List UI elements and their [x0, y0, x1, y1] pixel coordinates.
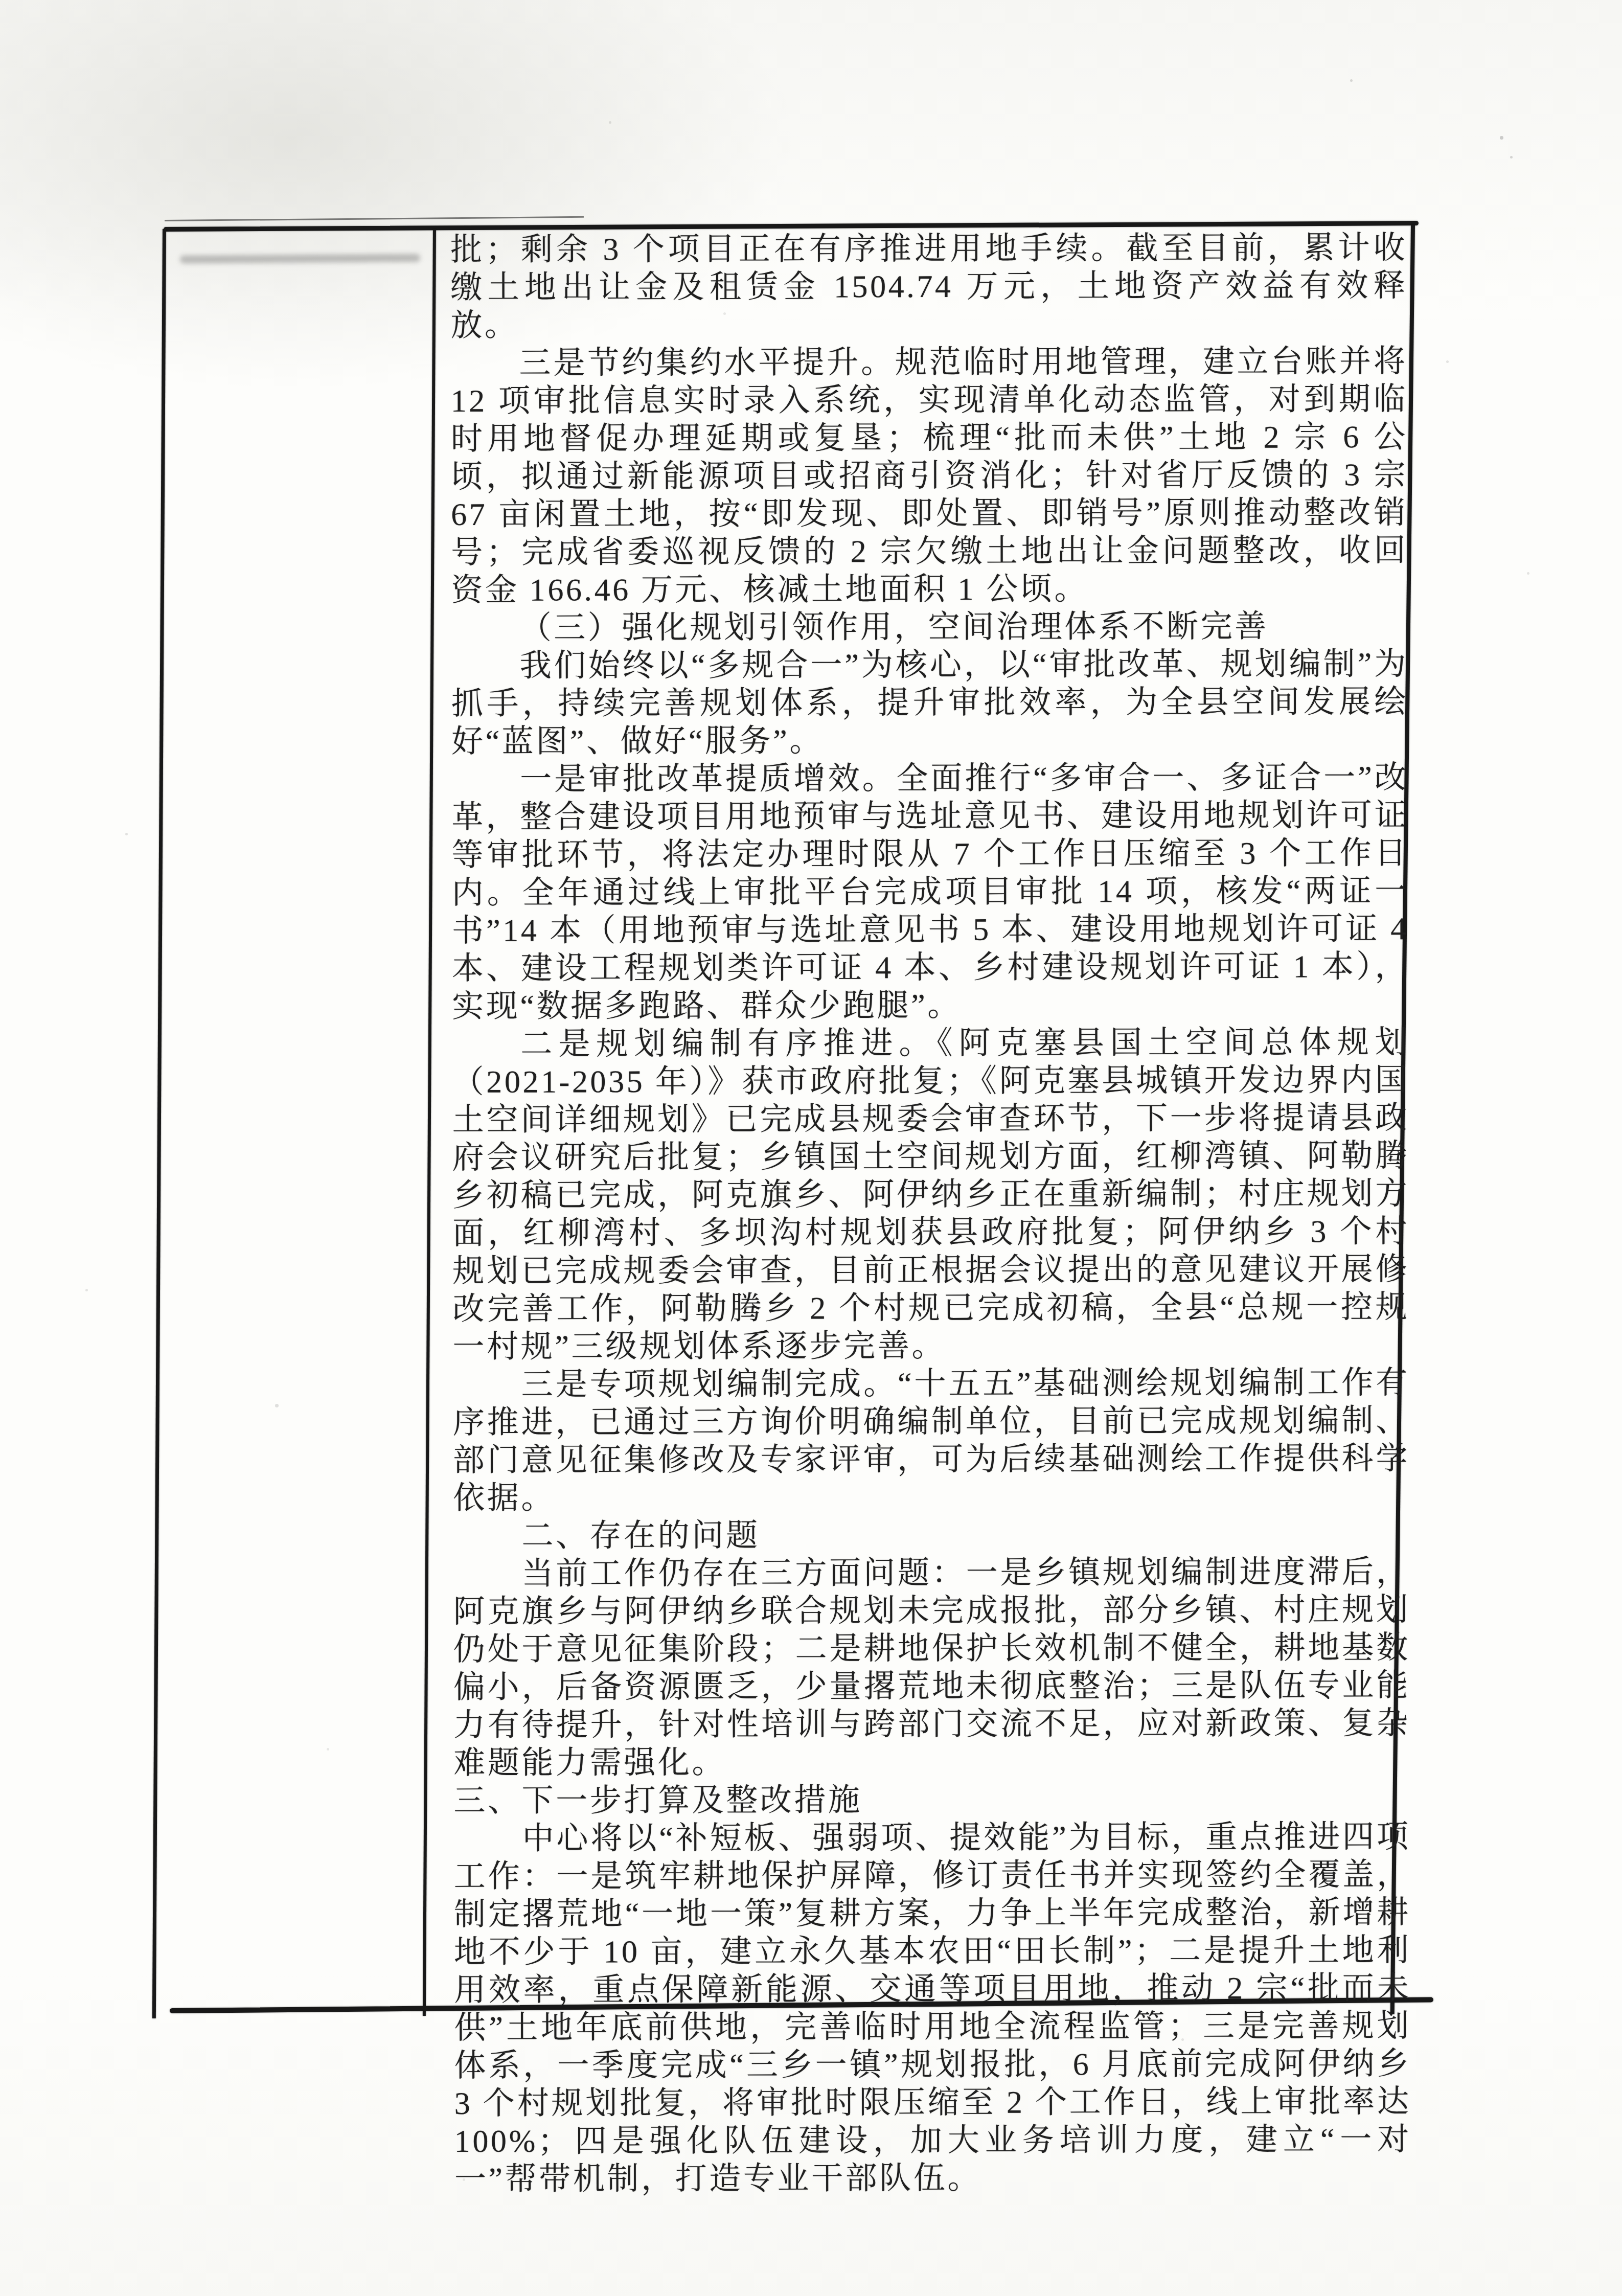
paragraph-6: 二是规划编制有序推进。《阿克塞县国土空间总体规划（2021-2035 年）》获市… — [452, 1024, 1409, 1366]
paragraph-7: 三是专项规划编制完成。“十五五”基础测绘规划编制工作有序推进，已通过三方询价明确… — [453, 1364, 1410, 1517]
scan-specks — [0, 0, 2, 2]
paragraph-9: 当前工作仍存在三方面问题：一是乡镇规划编制进度滞后，阿克旗乡与阿伊纳乡联合规划未… — [453, 1553, 1410, 1782]
report-body: 批；剩余 3 个项目正在有序推进用地手续。截至目前，累计收缴土地出让金及租赁金 … — [450, 229, 1411, 2198]
paragraph-10: 三、下一步打算及整改措施 — [453, 1780, 1410, 1820]
paragraph-5: 一是审批改革提质增效。全面推行“多审合一、多证合一”改革，整合建设项目用地预审与… — [451, 759, 1409, 1026]
label-column-cell — [167, 230, 432, 2004]
paragraph-11: 中心将以“补短板、强弱项、提效能”为目标，重点推进四项工作：一是筑牢耕地保护屏障… — [454, 1818, 1412, 2198]
paragraph-8: 二、存在的问题 — [453, 1515, 1410, 1555]
paragraph-2: 三是节约集约水平提升。规范临时用地管理，建立台账并将 12 项审批信息实时录入系… — [450, 343, 1408, 609]
paragraph-4: 我们始终以“多规合一”为核心，以“审批改革、规划编制”为抓手，持续完善规划体系，… — [451, 645, 1408, 761]
scanned-report-page: 批；剩余 3 个项目正在有序推进用地手续。截至目前，累计收缴土地出让金及租赁金 … — [0, 0, 1622, 2296]
table-border-left — [152, 229, 166, 2018]
paragraph-1: 批；剩余 3 个项目正在有序推进用地手续。截至目前，累计收缴土地出让金及租赁金 … — [450, 229, 1407, 345]
paragraph-3: （三）强化规划引领作用，空间治理体系不断完善 — [451, 607, 1408, 647]
table-border-top-echo — [165, 216, 584, 221]
